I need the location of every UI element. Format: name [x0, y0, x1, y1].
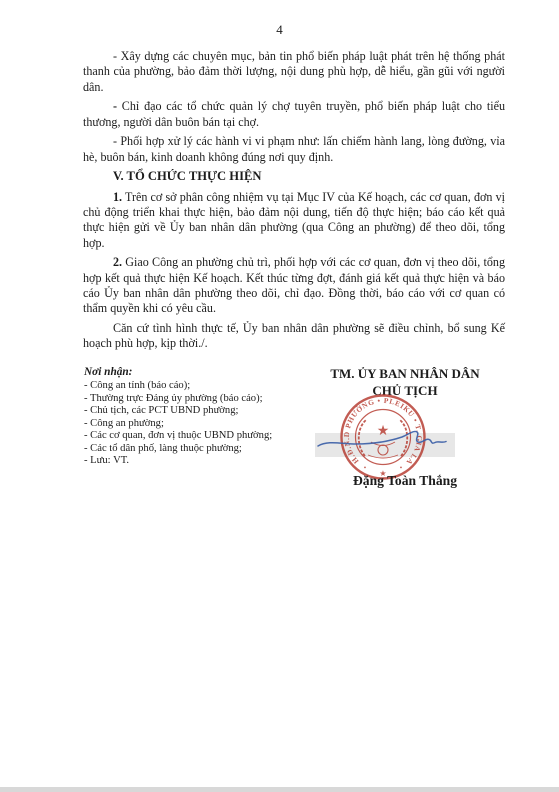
paragraph: 2. Giao Công an phường chủ trì, phối hợp…	[83, 255, 505, 316]
page-edge-strip	[0, 787, 559, 792]
paragraph: - Phối hợp xử lý các hành vi vi phạm như…	[83, 134, 505, 165]
page-number: 4	[0, 22, 559, 38]
paragraph-text: Chỉ đạo các tổ chức quản lý chợ tuyên tr…	[83, 99, 505, 128]
recipient-item: - Các tổ dân phố, làng thuộc phường;	[84, 443, 304, 455]
section-heading: V. TỔ CHỨC THỰC HIỆN	[83, 169, 505, 184]
recipient-item: - Các cơ quan, đơn vị thuộc UBND phường;	[84, 430, 304, 442]
paragraph: - Xây dựng các chuyên mục, bản tin phổ b…	[83, 49, 505, 95]
paragraph-marker: 1.	[113, 190, 122, 204]
recipient-item: - Chủ tịch, các PCT UBND phường;	[84, 405, 304, 417]
paragraph: 1. Trên cơ sở phân công nhiệm vụ tại Mục…	[83, 190, 505, 251]
document-body: - Xây dựng các chuyên mục, bản tin phổ b…	[83, 49, 505, 356]
seal-dot: •	[364, 464, 367, 472]
recipients-label: Nơi nhận:	[84, 366, 304, 378]
recipients-block: Nơi nhận: - Công an tỉnh (báo cáo); - Th…	[84, 366, 304, 468]
seal-star-icon: ★	[377, 424, 390, 439]
paragraph-marker: 2.	[113, 255, 122, 269]
paragraph: - Chỉ đạo các tổ chức quản lý chợ tuyên …	[83, 99, 505, 130]
recipient-item: - Công an phường;	[84, 418, 304, 430]
paragraph-text: Trên cơ sở phân công nhiệm vụ tại Mục IV…	[83, 190, 505, 250]
signature-authority-line: TM. ỦY BAN NHÂN DÂN	[310, 366, 500, 383]
paragraph-text: Giao Công an phường chủ trì, phối hợp vớ…	[83, 255, 505, 315]
paragraph: Căn cứ tình hình thực tế, Ủy ban nhân dâ…	[83, 321, 505, 352]
recipient-item: - Lưu: VT.	[84, 455, 304, 467]
recipient-item: - Thường trực Đảng ủy phường (báo cáo);	[84, 393, 304, 405]
recipient-item: - Công an tỉnh (báo cáo);	[84, 380, 304, 392]
seal-dot: •	[400, 464, 403, 472]
signer-name: Đặng Toàn Thắng	[310, 473, 500, 489]
